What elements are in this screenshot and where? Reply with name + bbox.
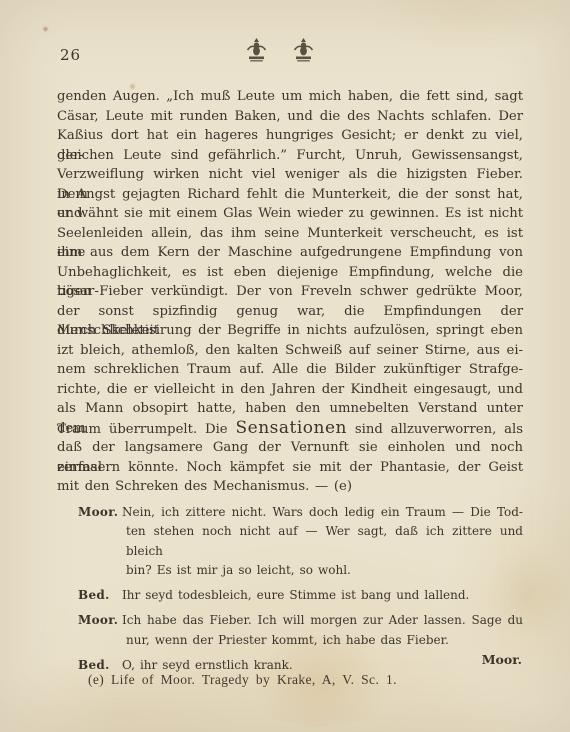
text-line: in Angst gejagten Richard fehlt die Munt… — [57, 185, 523, 205]
speaker-label: Moor. — [78, 503, 122, 522]
text-segment: gleichen Leute sind gefährlich.” Furcht,… — [57, 148, 523, 163]
text-segment: sind allzuverworren, als — [347, 422, 523, 437]
dialogue-entry: Moor.Ich habe das Fieber. Ich will morge… — [57, 611, 523, 650]
text-segment: richte, die er vielleicht in den Jahren … — [57, 382, 523, 397]
dialogue-line: Bed.Ihr seyd todesbleich, eure Stimme is… — [57, 586, 523, 605]
catchword: Moor. — [482, 652, 522, 667]
text-line: Unbehaglichkeit, es ist eben diejenige E… — [57, 263, 523, 283]
printer-ornament-icon — [293, 37, 314, 65]
footnote: (e) Life of Moor. Tragedy by Krake, A, V… — [88, 672, 397, 688]
paper-stain — [42, 26, 49, 32]
dialogue-line: nur, wenn der Priester kommt, ich habe d… — [57, 631, 523, 650]
text-line: Traum überrumpelt. Die Sensationen sind … — [57, 419, 523, 439]
dialogue-line: Moor.Ich habe das Fieber. Ich will morge… — [57, 611, 523, 630]
text-line: tigen Fieber verkündigt. Der von Freveln… — [57, 282, 523, 302]
text-line: Seelenleiden allein, das ihm seine Munte… — [57, 224, 523, 244]
text-line: genden Augen. „Ich muß Leute um mich hab… — [57, 87, 523, 107]
dialogue-section: Moor.Nein, ich zittere nicht. Wars doch … — [57, 503, 523, 681]
text-line: Kaßius dort hat ein hageres hungriges Ge… — [57, 126, 523, 146]
text-segment: izt bleich, athemloß, den kalten Schweiß… — [57, 343, 523, 358]
speaker-label: Bed. — [78, 586, 122, 605]
emphasized-word: Sensationen — [236, 418, 347, 438]
printer-ornament-icon — [246, 37, 267, 65]
text-line: durch Skeletisirung der Begriffe in nich… — [57, 321, 523, 341]
text-line: er wähnt sie mit einem Glas Wein wieder … — [57, 204, 523, 224]
book-page: 26 genden Augen. „Ich muß Leute u — [0, 0, 570, 732]
dialogue-line: bin? Es ist mir ja so leicht, so wohl. — [57, 561, 523, 580]
header-ornaments — [0, 37, 565, 65]
text-segment: nem schreklichen Traum auf. Alle die Bil… — [57, 362, 523, 377]
text-segment: genden Augen. „Ich muß Leute um mich hab… — [57, 89, 523, 104]
text-line: izt bleich, athemloß, den kalten Schweiß… — [57, 341, 523, 361]
dialogue-entry: Moor.Nein, ich zittere nicht. Wars doch … — [57, 503, 523, 580]
text-segment: Cäsar, Leute mit runden Baken, und die d… — [57, 109, 523, 124]
text-line: mit den Schreken des Mechanismus. — (e) — [57, 477, 523, 497]
text-segment: er wähnt sie mit einem Glas Wein wieder … — [57, 206, 523, 221]
text-segment: Traum überrumpelt. Die — [57, 422, 236, 437]
text-segment: ihm aus dem Kern der Maschine aufgedrung… — [57, 245, 523, 260]
text-line: gleichen Leute sind gefährlich.” Furcht,… — [57, 146, 523, 166]
main-paragraph: genden Augen. „Ich muß Leute um mich hab… — [57, 87, 523, 497]
dialogue-line: ten stehen noch nicht auf — Wer sagt, da… — [57, 522, 523, 561]
text-line: nem schreklichen Traum auf. Alle die Bil… — [57, 360, 523, 380]
text-segment: mit den Schreken des Mechanismus. — (e) — [57, 479, 352, 494]
text-line: richte, die er vielleicht in den Jahren … — [57, 380, 523, 400]
text-segment: tigen Fieber verkündigt. Der von Freveln… — [57, 284, 523, 299]
text-line: zerfasern könnte. Noch kämpfet sie mit d… — [57, 458, 523, 478]
text-segment: zerfasern könnte. Noch kämpfet sie mit d… — [57, 460, 523, 475]
text-segment: durch Skeletisirung der Begriffe in nich… — [57, 323, 523, 338]
speaker-label: Moor. — [78, 611, 122, 630]
text-line: daß der langsamere Gang der Vernunft sie… — [57, 438, 523, 458]
text-line: als Mann obsopirt hatte, haben den umneb… — [57, 399, 523, 419]
text-line: der sonst spizfindig genug war, die Empf… — [57, 302, 523, 322]
dialogue-entry: Bed.Ihr seyd todesbleich, eure Stimme is… — [57, 586, 523, 605]
text-line: Cäsar, Leute mit runden Baken, und die d… — [57, 107, 523, 127]
dialogue-line: Moor.Nein, ich zittere nicht. Wars doch … — [57, 503, 523, 522]
text-line: Verzweiflung wirken nicht viel weniger a… — [57, 165, 523, 185]
text-line: ihm aus dem Kern der Maschine aufgedrung… — [57, 243, 523, 263]
